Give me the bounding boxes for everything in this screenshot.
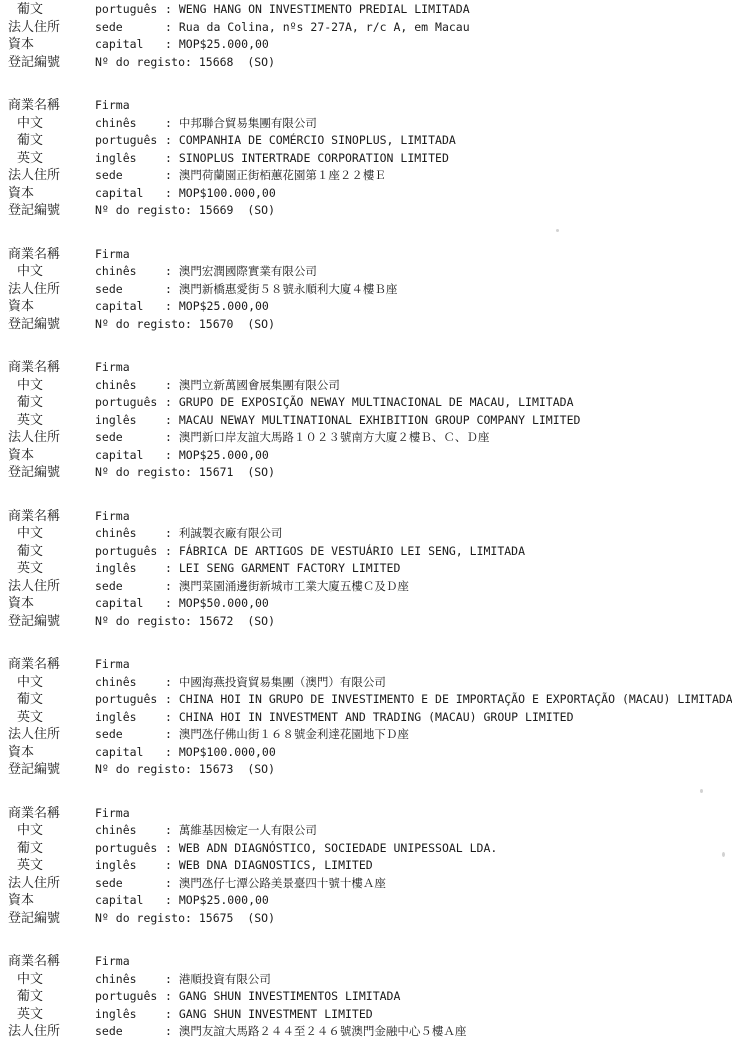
field-label-portuguese: capital [95, 447, 165, 465]
field-value: : 澳門新橋惠愛街５８號永順利大廈４樓Ｂ座 [165, 281, 397, 299]
record-row: 資本capital: MOP$25.000,00 [8, 892, 732, 910]
record-row: 登記編號Nº do registo: 15670 (SO) [8, 316, 732, 334]
company-record: 商業名稱Firma中文chinês: 澳門宏潤國際實業有限公司法人住所sede:… [8, 246, 732, 334]
field-label-chinese: 登記編號 [8, 316, 95, 334]
field-label-chinese: 葡文 [17, 691, 95, 709]
field-value: : FÁBRICA DE ARTIGOS DE VESTUÁRIO LEI SE… [165, 543, 525, 561]
record-row: 資本capital: MOP$25.000,00 [8, 447, 732, 465]
field-label-chinese: 葡文 [17, 840, 95, 858]
field-label-chinese: 葡文 [17, 988, 95, 1006]
company-record: 商業名稱Firma中文chinês: 利誠製衣廠有限公司葡文português:… [8, 508, 732, 631]
field-label-chinese: 資本 [8, 447, 95, 465]
field-value: : WEB ADN DIAGNÓSTICO, SOCIEDADE UNIPESS… [165, 840, 497, 858]
field-label-chinese: 英文 [17, 857, 95, 875]
record-row: 中文chinês: 澳門立新萬國會展集團有限公司 [8, 377, 732, 395]
field-label-portuguese: Nº do registo: [95, 613, 192, 631]
field-label-portuguese: português [95, 840, 165, 858]
field-label-portuguese: capital [95, 185, 165, 203]
field-label-portuguese: chinês [95, 263, 165, 281]
record-row: 資本capital: MOP$25.000,00 [8, 36, 732, 54]
field-label-portuguese: Firma [95, 656, 165, 674]
field-label-portuguese: capital [95, 892, 165, 910]
field-value: : WENG HANG ON INVESTIMENTO PREDIAL LIMI… [165, 1, 470, 19]
field-value: : MOP$25.000,00 [165, 447, 269, 465]
record-row: 法人住所sede: 澳門菜園涌邊街新城市工業大廈五樓Ｃ及Ｄ座 [8, 578, 732, 596]
field-value: : COMPANHIA DE COMÉRCIO SINOPLUS, LIMITA… [165, 132, 456, 150]
field-label-chinese: 資本 [8, 185, 95, 203]
field-value: : CHINA HOI IN GRUPO DE INVESTIMENTO E D… [165, 691, 732, 709]
company-records-list: 葡文português: WENG HANG ON INVESTIMENTO P… [8, 1, 732, 1041]
record-row: 資本capital: MOP$50.000,00 [8, 595, 732, 613]
record-row: 中文chinês: 中邦聯合貿易集團有限公司 [8, 115, 732, 133]
field-label-chinese: 資本 [8, 595, 95, 613]
field-value: : MOP$100.000,00 [165, 185, 276, 203]
field-label-portuguese: Firma [95, 246, 165, 264]
record-row: 資本capital: MOP$25.000,00 [8, 298, 732, 316]
field-label-chinese: 葡文 [17, 394, 95, 412]
field-label-portuguese: Firma [95, 953, 165, 971]
record-row: 登記編號Nº do registo: 15671 (SO) [8, 464, 732, 482]
field-label-chinese: 葡文 [17, 1, 95, 19]
field-label-portuguese: chinês [95, 822, 165, 840]
record-row: 商業名稱Firma [8, 953, 732, 971]
record-row: 中文chinês: 中國海燕投資貿易集團（澳門）有限公司 [8, 674, 732, 692]
field-label-portuguese: Nº do registo: [95, 464, 192, 482]
field-label-chinese: 資本 [8, 36, 95, 54]
field-value: : 澳門友誼大馬路２４４至２４６號澳門金融中心５樓Ａ座 [165, 1023, 466, 1041]
field-label-portuguese: chinês [95, 525, 165, 543]
field-value: : 中邦聯合貿易集團有限公司 [165, 115, 317, 133]
field-label-chinese: 商業名稱 [8, 656, 95, 674]
field-value: : 澳門宏潤國際實業有限公司 [165, 263, 317, 281]
field-label-chinese: 英文 [17, 412, 95, 430]
field-label-chinese: 法人住所 [8, 429, 95, 447]
field-label-chinese: 英文 [17, 1006, 95, 1024]
field-label-chinese: 英文 [17, 150, 95, 168]
field-label-chinese: 葡文 [17, 132, 95, 150]
field-label-portuguese: sede [95, 1023, 165, 1041]
record-row: 法人住所sede: 澳門新口岸友誼大馬路１０２３號南方大廈２樓Ｂ、Ｃ、Ｄ座 [8, 429, 732, 447]
field-label-portuguese: inglês [95, 709, 165, 727]
field-label-chinese: 英文 [17, 709, 95, 727]
field-label-portuguese: inglês [95, 560, 165, 578]
field-label-portuguese: Firma [95, 359, 165, 377]
record-row: 商業名稱Firma [8, 508, 732, 526]
record-row: 登記編號Nº do registo: 15669 (SO) [8, 202, 732, 220]
record-row: 葡文português: WENG HANG ON INVESTIMENTO P… [8, 1, 732, 19]
record-row: 英文inglês: SINOPLUS INTERTRADE CORPORATIO… [8, 150, 732, 168]
record-row: 商業名稱Firma [8, 656, 732, 674]
record-row: 登記編號Nº do registo: 15672 (SO) [8, 613, 732, 631]
company-record: 商業名稱Firma中文chinês: 港順投資有限公司葡文português: … [8, 953, 732, 1041]
field-label-chinese: 法人住所 [8, 578, 95, 596]
field-value: : Rua da Colina, nºs 27-27A, r/c A, em M… [165, 19, 470, 37]
field-label-chinese: 資本 [8, 892, 95, 910]
record-row: 登記編號Nº do registo: 15668 (SO) [8, 54, 732, 72]
field-label-chinese: 登記編號 [8, 464, 95, 482]
record-row: 法人住所sede: 澳門氹仔佛山街１６８號金利達花園地下Ｄ座 [8, 726, 732, 744]
field-label-portuguese: Nº do registo: [95, 316, 192, 334]
field-label-portuguese: chinês [95, 115, 165, 133]
field-value: : 港順投資有限公司 [165, 971, 271, 989]
field-label-chinese: 商業名稱 [8, 805, 95, 823]
record-row: 資本capital: MOP$100.000,00 [8, 185, 732, 203]
field-label-portuguese: Nº do registo: [95, 202, 192, 220]
record-row: 中文chinês: 港順投資有限公司 [8, 971, 732, 989]
field-label-chinese: 登記編號 [8, 54, 95, 72]
field-value: : CHINA HOI IN INVESTMENT AND TRADING (M… [165, 709, 574, 727]
record-row: 資本capital: MOP$100.000,00 [8, 744, 732, 762]
field-label-chinese: 葡文 [17, 543, 95, 561]
field-label-chinese: 商業名稱 [8, 97, 95, 115]
field-label-portuguese: capital [95, 36, 165, 54]
field-value: : MOP$25.000,00 [165, 36, 269, 54]
field-label-portuguese: Nº do registo: [95, 54, 192, 72]
company-record: 商業名稱Firma中文chinês: 澳門立新萬國會展集團有限公司葡文portu… [8, 359, 732, 482]
field-label-portuguese: português [95, 1, 165, 19]
field-value: : 澳門氹仔佛山街１６８號金利達花園地下Ｄ座 [165, 726, 409, 744]
field-value: : MOP$25.000,00 [165, 892, 269, 910]
record-row: 中文chinês: 澳門宏潤國際實業有限公司 [8, 263, 732, 281]
field-value: 15670 (SO) [192, 316, 275, 334]
record-row: 葡文português: GANG SHUN INVESTIMENTOS LIM… [8, 988, 732, 1006]
field-label-portuguese: capital [95, 595, 165, 613]
record-row: 英文inglês: LEI SENG GARMENT FACTORY LIMIT… [8, 560, 732, 578]
field-label-portuguese: inglês [95, 412, 165, 430]
record-row: 英文inglês: MACAU NEWAY MULTINATIONAL EXHI… [8, 412, 732, 430]
field-label-portuguese: Firma [95, 97, 165, 115]
field-value: : MOP$50.000,00 [165, 595, 269, 613]
field-value: : LEI SENG GARMENT FACTORY LIMITED [165, 560, 400, 578]
field-label-portuguese: capital [95, 744, 165, 762]
record-row: 登記編號Nº do registo: 15673 (SO) [8, 761, 732, 779]
field-label-chinese: 法人住所 [8, 875, 95, 893]
record-row: 葡文português: CHINA HOI IN GRUPO DE INVES… [8, 691, 732, 709]
record-row: 英文inglês: WEB DNA DIAGNOSTICS, LIMITED [8, 857, 732, 875]
field-label-chinese: 登記編號 [8, 910, 95, 928]
field-value: 15673 (SO) [192, 761, 275, 779]
field-label-chinese: 商業名稱 [8, 953, 95, 971]
scan-speckle [722, 852, 725, 857]
field-value: 15672 (SO) [192, 613, 275, 631]
record-row: 法人住所sede: 澳門新橋惠愛街５８號永順利大廈４樓Ｂ座 [8, 281, 732, 299]
record-row: 商業名稱Firma [8, 805, 732, 823]
field-label-chinese: 中文 [17, 263, 95, 281]
record-row: 葡文português: GRUPO DE EXPOSIÇÃO NEWAY MU… [8, 394, 732, 412]
field-value: : 澳門立新萬國會展集團有限公司 [165, 377, 340, 395]
field-label-portuguese: português [95, 988, 165, 1006]
field-value: : WEB DNA DIAGNOSTICS, LIMITED [165, 857, 373, 875]
record-row: 英文inglês: GANG SHUN INVESTMENT LIMITED [8, 1006, 732, 1024]
field-label-portuguese: inglês [95, 1006, 165, 1024]
field-label-portuguese: português [95, 691, 165, 709]
field-value: : SINOPLUS INTERTRADE CORPORATION LIMITE… [165, 150, 449, 168]
company-record: 葡文português: WENG HANG ON INVESTIMENTO P… [8, 1, 732, 71]
field-value: : 澳門氹仔七潭公路美景臺四十號十樓Ａ座 [165, 875, 386, 893]
field-label-portuguese: sede [95, 726, 165, 744]
record-row: 英文inglês: CHINA HOI IN INVESTMENT AND TR… [8, 709, 732, 727]
field-value: : MACAU NEWAY MULTINATIONAL EXHIBITION G… [165, 412, 580, 430]
field-label-portuguese: chinês [95, 971, 165, 989]
field-value: : 萬維基因檢定一人有限公司 [165, 822, 317, 840]
field-label-portuguese: sede [95, 875, 165, 893]
field-label-chinese: 商業名稱 [8, 508, 95, 526]
field-label-chinese: 法人住所 [8, 19, 95, 37]
field-label-portuguese: capital [95, 298, 165, 316]
company-record: 商業名稱Firma中文chinês: 中國海燕投資貿易集團（澳門）有限公司葡文p… [8, 656, 732, 779]
field-label-chinese: 法人住所 [8, 281, 95, 299]
record-row: 葡文português: WEB ADN DIAGNÓSTICO, SOCIED… [8, 840, 732, 858]
field-label-portuguese: Firma [95, 508, 165, 526]
field-label-portuguese: chinês [95, 377, 165, 395]
field-value: : 澳門新口岸友誼大馬路１０２３號南方大廈２樓Ｂ、Ｃ、Ｄ座 [165, 429, 489, 447]
field-label-chinese: 中文 [17, 377, 95, 395]
company-record: 商業名稱Firma中文chinês: 中邦聯合貿易集團有限公司葡文portugu… [8, 97, 732, 220]
record-row: 登記編號Nº do registo: 15675 (SO) [8, 910, 732, 928]
field-value: : GANG SHUN INVESTIMENTOS LIMITADA [165, 988, 400, 1006]
field-value: : MOP$100.000,00 [165, 744, 276, 762]
field-label-chinese: 登記編號 [8, 202, 95, 220]
field-label-chinese: 資本 [8, 298, 95, 316]
field-label-chinese: 法人住所 [8, 726, 95, 744]
field-value: : GANG SHUN INVESTMENT LIMITED [165, 1006, 373, 1024]
field-label-portuguese: português [95, 543, 165, 561]
field-value: : GRUPO DE EXPOSIÇÃO NEWAY MULTINACIONAL… [165, 394, 574, 412]
field-label-portuguese: sede [95, 19, 165, 37]
record-row: 法人住所sede: Rua da Colina, nºs 27-27A, r/c… [8, 19, 732, 37]
scan-speckle [556, 229, 559, 232]
field-label-chinese: 英文 [17, 560, 95, 578]
field-label-portuguese: português [95, 132, 165, 150]
record-row: 商業名稱Firma [8, 97, 732, 115]
field-value: : MOP$25.000,00 [165, 298, 269, 316]
field-value: 15668 (SO) [192, 54, 275, 72]
field-value: 15671 (SO) [192, 464, 275, 482]
record-row: 中文chinês: 萬維基因檢定一人有限公司 [8, 822, 732, 840]
field-label-portuguese: sede [95, 167, 165, 185]
field-label-portuguese: inglês [95, 150, 165, 168]
field-label-portuguese: Firma [95, 805, 165, 823]
field-label-portuguese: português [95, 394, 165, 412]
record-row: 商業名稱Firma [8, 246, 732, 264]
field-value: : 澳門菜園涌邊街新城市工業大廈五樓Ｃ及Ｄ座 [165, 578, 409, 596]
field-label-chinese: 法人住所 [8, 167, 95, 185]
field-label-chinese: 中文 [17, 822, 95, 840]
field-value: 15669 (SO) [192, 202, 275, 220]
field-value: : 利誠製衣廠有限公司 [165, 525, 282, 543]
record-row: 法人住所sede: 澳門荷蘭園正街栢蕙花園第１座２２樓Ｅ [8, 167, 732, 185]
field-label-portuguese: Nº do registo: [95, 910, 192, 928]
scan-speckle [700, 789, 703, 793]
field-label-chinese: 中文 [17, 525, 95, 543]
record-row: 商業名稱Firma [8, 359, 732, 377]
field-label-portuguese: inglês [95, 857, 165, 875]
field-label-portuguese: sede [95, 578, 165, 596]
record-row: 法人住所sede: 澳門氹仔七潭公路美景臺四十號十樓Ａ座 [8, 875, 732, 893]
field-label-chinese: 中文 [17, 971, 95, 989]
field-label-portuguese: sede [95, 281, 165, 299]
gazette-page: 葡文português: WENG HANG ON INVESTIMENTO P… [0, 0, 732, 1041]
record-row: 法人住所sede: 澳門友誼大馬路２４４至２４６號澳門金融中心５樓Ａ座 [8, 1023, 732, 1041]
field-label-chinese: 中文 [17, 674, 95, 692]
field-label-chinese: 中文 [17, 115, 95, 133]
field-label-portuguese: chinês [95, 674, 165, 692]
field-value: : 澳門荷蘭園正街栢蕙花園第１座２２樓Ｅ [165, 167, 386, 185]
field-label-chinese: 登記編號 [8, 761, 95, 779]
field-label-chinese: 商業名稱 [8, 246, 95, 264]
field-value: : 中國海燕投資貿易集團（澳門）有限公司 [165, 674, 386, 692]
record-row: 中文chinês: 利誠製衣廠有限公司 [8, 525, 732, 543]
field-label-chinese: 登記編號 [8, 613, 95, 631]
field-label-chinese: 法人住所 [8, 1023, 95, 1041]
field-label-portuguese: Nº do registo: [95, 761, 192, 779]
field-label-chinese: 商業名稱 [8, 359, 95, 377]
record-row: 葡文português: COMPANHIA DE COMÉRCIO SINOP… [8, 132, 732, 150]
field-value: 15675 (SO) [192, 910, 275, 928]
field-label-chinese: 資本 [8, 744, 95, 762]
company-record: 商業名稱Firma中文chinês: 萬維基因檢定一人有限公司葡文portugu… [8, 805, 732, 928]
field-label-portuguese: sede [95, 429, 165, 447]
record-row: 葡文português: FÁBRICA DE ARTIGOS DE VESTU… [8, 543, 732, 561]
